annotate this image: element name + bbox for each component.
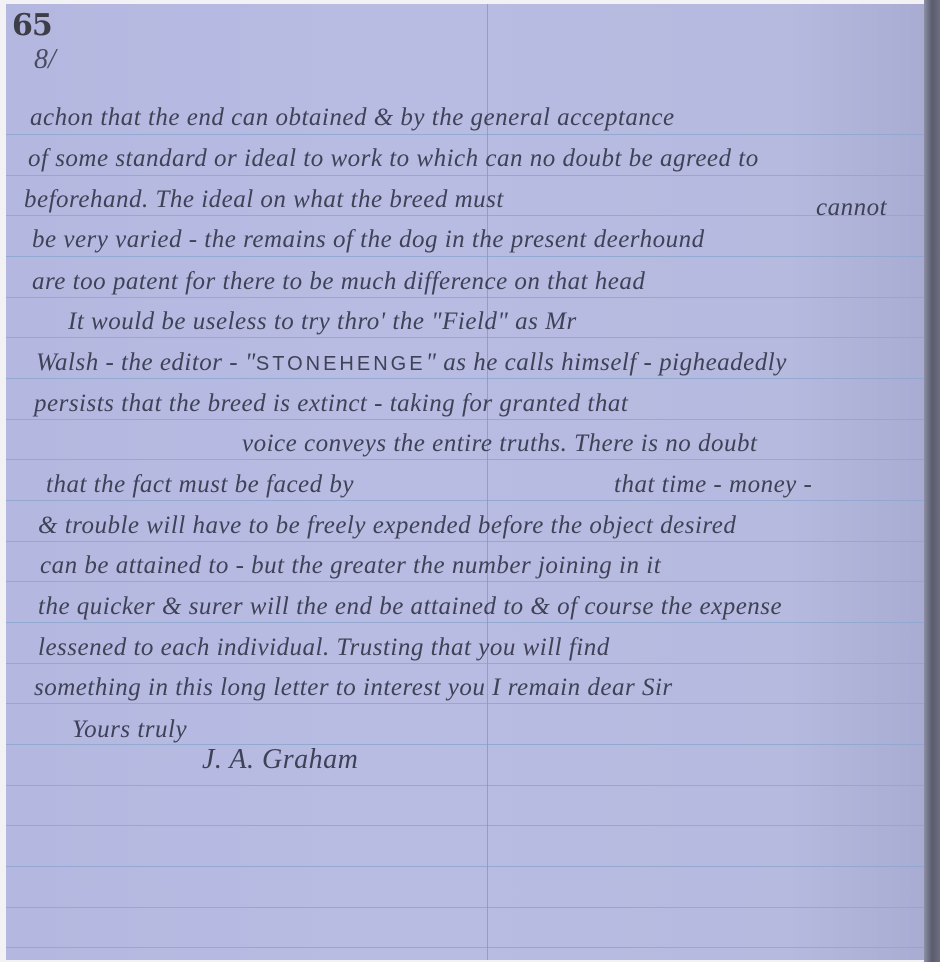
letter-line: lessened to each individual. Trusting th…: [38, 634, 610, 662]
letter-line: something in this long letter to interes…: [34, 674, 673, 702]
ruled-line: [6, 663, 924, 664]
letter-line: Walsh - the editor - "STONEHENGE" as he …: [36, 349, 787, 377]
letter-line: can be attained to - but the greater the…: [40, 552, 661, 580]
ruled-line: [6, 256, 924, 257]
text-segment: Walsh - the editor - ": [36, 349, 256, 376]
ruled-line: [6, 785, 924, 786]
letter-line: the quicker & surer will the end be atta…: [38, 593, 782, 621]
ruled-line: [6, 581, 924, 582]
notebook-page: 65 8/ achon that the end can obtained & …: [6, 4, 924, 960]
ruled-line: [6, 378, 924, 379]
letter-line: & trouble will have to be freely expende…: [38, 512, 736, 540]
ruled-line: [6, 500, 924, 501]
ruled-line: [6, 947, 924, 948]
text-segment: " as he calls himself - pigheadedly: [426, 349, 787, 376]
letter-line: persists that the breed is extinct - tak…: [34, 390, 628, 418]
letter-line: It would be useless to try thro' the "Fi…: [68, 308, 577, 336]
ruled-line: [6, 622, 924, 623]
letter-line: be very varied - the remains of the dog …: [32, 226, 705, 254]
letter-line-right: that time - money -: [614, 471, 812, 499]
ruled-line: [6, 459, 924, 460]
ruled-line: [6, 215, 924, 216]
ruled-line: [6, 541, 924, 542]
ruled-line: [6, 825, 924, 826]
letter-line-right: cannot: [816, 194, 887, 222]
folio-mark: 8/: [34, 44, 56, 76]
ruled-line: [6, 703, 924, 704]
ruled-line: [6, 744, 924, 745]
letter-line: achon that the end can obtained & by the…: [30, 104, 675, 132]
closing: Yours truly: [72, 716, 187, 744]
letter-line: voice conveys the entire truths. There i…: [242, 430, 757, 458]
ruled-line: [6, 866, 924, 867]
ruled-line: [6, 337, 924, 338]
ruled-line: [6, 134, 924, 135]
page-number: 65: [12, 8, 52, 43]
letter-line: are too patent for there to be much diff…: [32, 268, 645, 296]
signature: J. A. Graham: [202, 744, 358, 776]
stonehenge-caps: STONEHENGE: [256, 353, 426, 375]
ruled-line: [6, 175, 924, 176]
binding-shadow: [924, 0, 940, 962]
letter-line: beforehand. The ideal on what the breed …: [24, 186, 504, 214]
ruled-line: [6, 297, 924, 298]
ruled-line: [6, 419, 924, 420]
letter-line: of some standard or ideal to work to whi…: [28, 145, 759, 173]
letter-line: that the fact must be faced by: [46, 471, 354, 499]
ruled-line: [6, 907, 924, 908]
